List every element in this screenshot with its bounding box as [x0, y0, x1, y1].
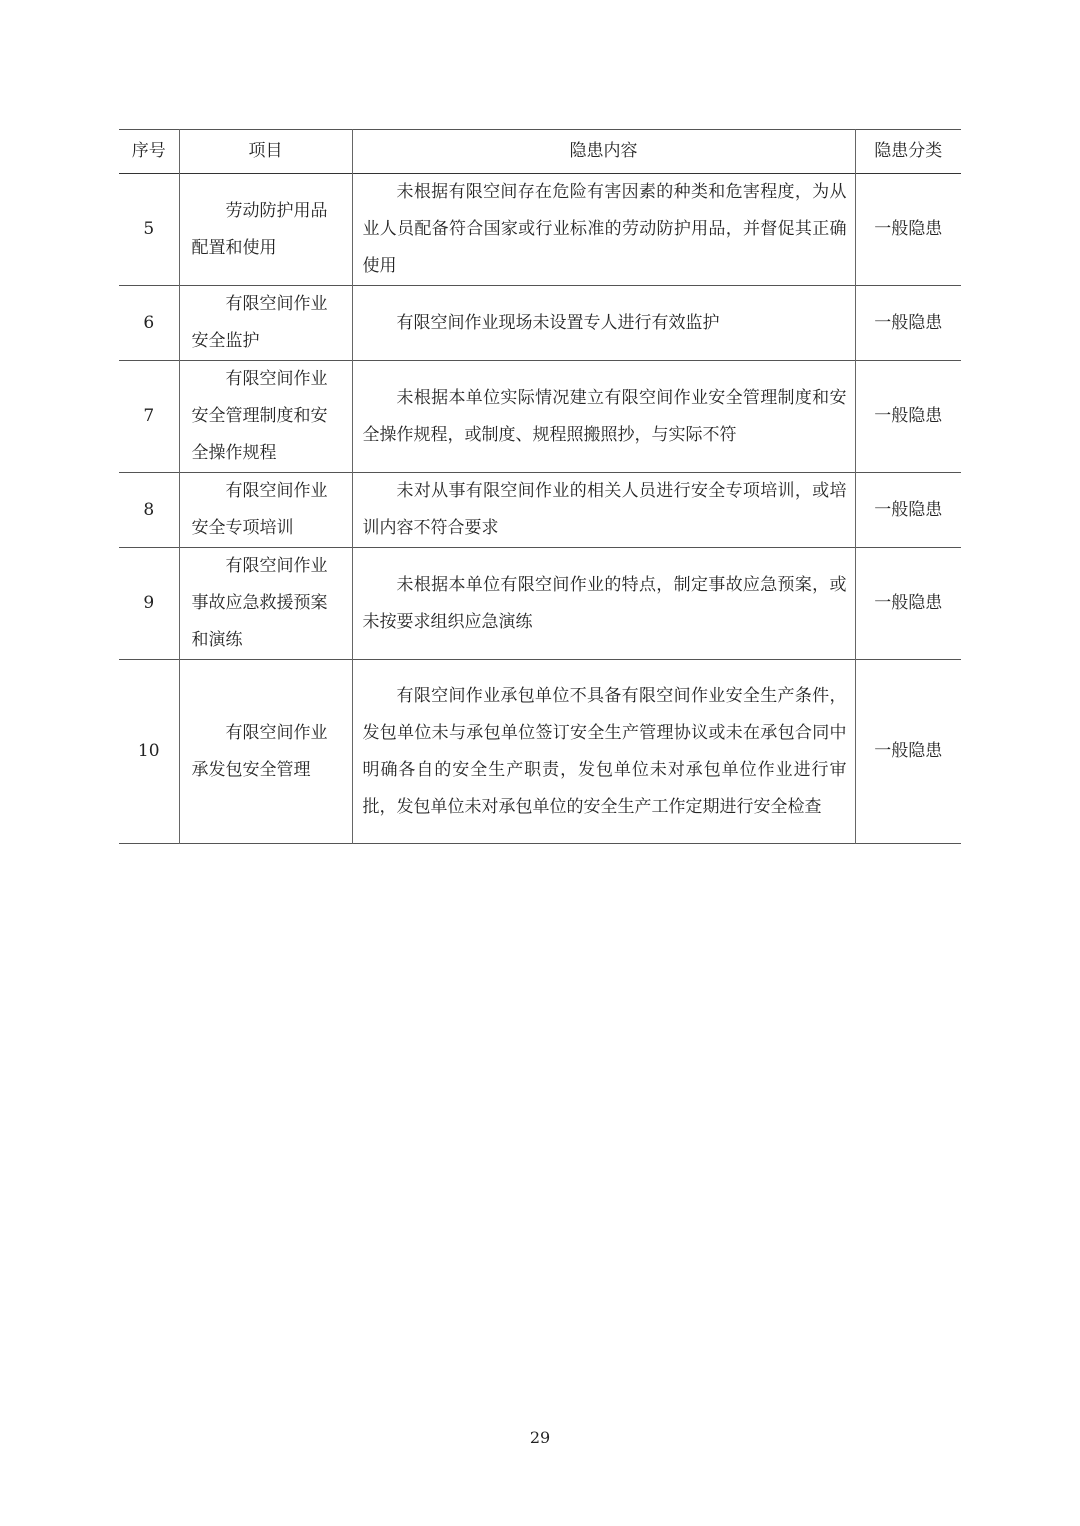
row-number: 8: [119, 473, 179, 548]
hazard-table: 序号 项目 隐患内容 隐患分类 5 劳动防护用品配置和使用 未根据有限空间存在危…: [119, 129, 961, 844]
row-number: 7: [119, 361, 179, 473]
table-row: 7 有限空间作业安全管理制度和安全操作规程 未根据本单位实际情况建立有限空间作业…: [119, 361, 961, 473]
row-item: 有限空间作业安全监护: [179, 286, 352, 361]
row-content: 有限空间作业现场未设置专人进行有效监护: [352, 286, 855, 361]
header-category: 隐患分类: [855, 130, 961, 174]
row-content: 未根据本单位有限空间作业的特点，制定事故应急预案，或未按要求组织应急演练: [352, 548, 855, 660]
table-header-row: 序号 项目 隐患内容 隐患分类: [119, 130, 961, 174]
row-item: 有限空间作业承发包安全管理: [179, 660, 352, 844]
header-content: 隐患内容: [352, 130, 855, 174]
row-item: 有限空间作业事故应急救援预案和演练: [179, 548, 352, 660]
row-content: 未根据有限空间存在危险有害因素的种类和危害程度，为从业人员配备符合国家或行业标准…: [352, 174, 855, 286]
table-row: 8 有限空间作业安全专项培训 未对从事有限空间作业的相关人员进行安全专项培训，或…: [119, 473, 961, 548]
row-number: 9: [119, 548, 179, 660]
table-row: 5 劳动防护用品配置和使用 未根据有限空间存在危险有害因素的种类和危害程度，为从…: [119, 174, 961, 286]
row-number: 5: [119, 174, 179, 286]
row-content: 有限空间作业承包单位不具备有限空间作业安全生产条件，发包单位未与承包单位签订安全…: [352, 660, 855, 844]
header-item: 项目: [179, 130, 352, 174]
row-number: 6: [119, 286, 179, 361]
row-category: 一般隐患: [855, 660, 961, 844]
row-content: 未根据本单位实际情况建立有限空间作业安全管理制度和安全操作规程，或制度、规程照搬…: [352, 361, 855, 473]
hazard-table-container: 序号 项目 隐患内容 隐患分类 5 劳动防护用品配置和使用 未根据有限空间存在危…: [119, 129, 961, 844]
row-category: 一般隐患: [855, 361, 961, 473]
row-category: 一般隐患: [855, 548, 961, 660]
row-number: 10: [119, 660, 179, 844]
row-content: 未对从事有限空间作业的相关人员进行安全专项培训，或培训内容不符合要求: [352, 473, 855, 548]
table-row: 6 有限空间作业安全监护 有限空间作业现场未设置专人进行有效监护 一般隐患: [119, 286, 961, 361]
row-category: 一般隐患: [855, 174, 961, 286]
row-item: 劳动防护用品配置和使用: [179, 174, 352, 286]
table-row: 10 有限空间作业承发包安全管理 有限空间作业承包单位不具备有限空间作业安全生产…: [119, 660, 961, 844]
page-number: 29: [0, 1428, 1080, 1447]
header-no: 序号: [119, 130, 179, 174]
row-item: 有限空间作业安全管理制度和安全操作规程: [179, 361, 352, 473]
row-category: 一般隐患: [855, 473, 961, 548]
table-row: 9 有限空间作业事故应急救援预案和演练 未根据本单位有限空间作业的特点，制定事故…: [119, 548, 961, 660]
row-item: 有限空间作业安全专项培训: [179, 473, 352, 548]
row-category: 一般隐患: [855, 286, 961, 361]
